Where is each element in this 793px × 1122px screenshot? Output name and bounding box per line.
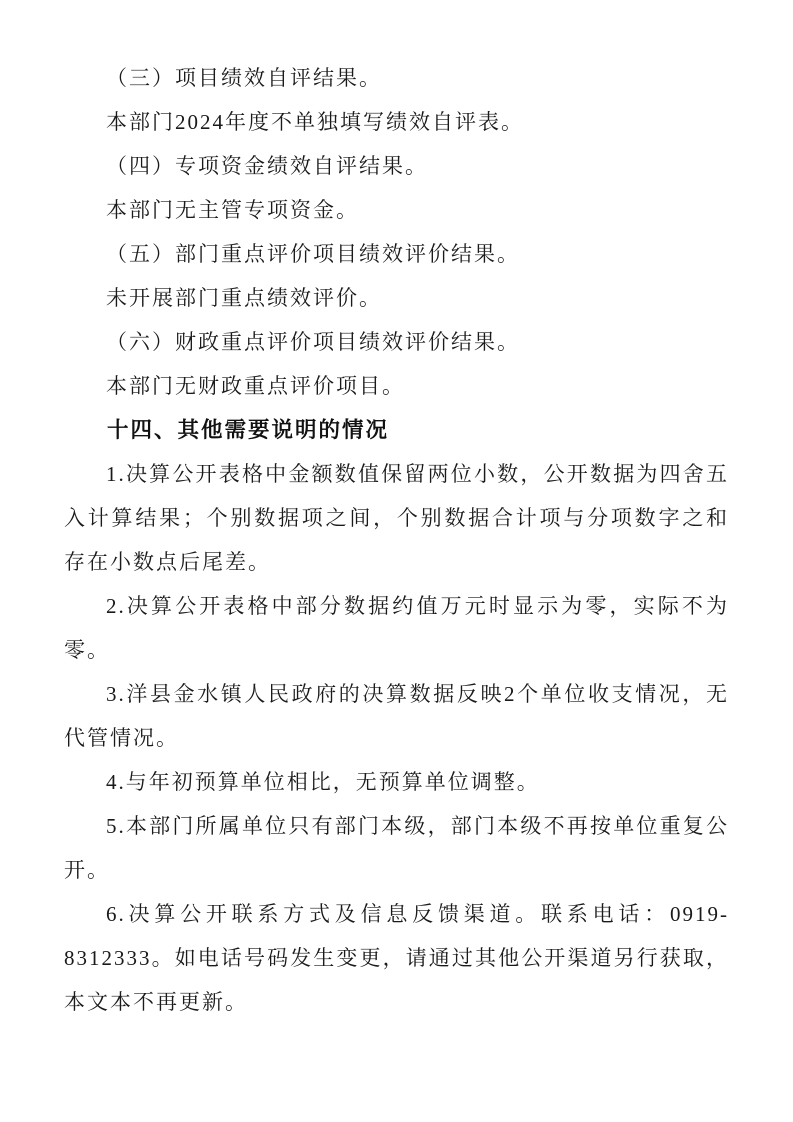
paragraph-note-3-unit-scope: 3.洋县金水镇人民政府的决算数据反映2个单位收支情况，无代管情况。 xyxy=(64,672,729,760)
paragraph-project-self-eval-title: （三）项目绩效自评结果。 xyxy=(64,56,729,100)
paragraph-note-2-zero-display: 2.决算公开表格中部分数据约值万元时显示为零，实际不为零。 xyxy=(64,584,729,672)
paragraph-finance-key-eval-body: 本部门无财政重点评价项目。 xyxy=(64,364,729,408)
paragraph-dept-key-eval-title: （五）部门重点评价项目绩效评价结果。 xyxy=(64,232,729,276)
paragraph-special-fund-title: （四）专项资金绩效自评结果。 xyxy=(64,144,729,188)
paragraph-note-4-budget-units: 4.与年初预算单位相比，无预算单位调整。 xyxy=(64,760,729,804)
document-page: （三）项目绩效自评结果。 本部门2024年度不单独填写绩效自评表。 （四）专项资… xyxy=(0,0,793,1122)
paragraph-finance-key-eval-title: （六）财政重点评价项目绩效评价结果。 xyxy=(64,320,729,364)
paragraph-special-fund-body: 本部门无主管专项资金。 xyxy=(64,188,729,232)
paragraph-note-5-no-duplicate: 5.本部门所属单位只有部门本级，部门本级不再按单位重复公开。 xyxy=(64,804,729,892)
paragraph-dept-key-eval-body: 未开展部门重点绩效评价。 xyxy=(64,276,729,320)
section-heading-other-notes: 十四、其他需要说明的情况 xyxy=(64,408,729,452)
paragraph-note-1-rounding: 1.决算公开表格中金额数值保留两位小数，公开数据为四舍五入计算结果；个别数据项之… xyxy=(64,452,729,584)
paragraph-project-self-eval-body: 本部门2024年度不单独填写绩效自评表。 xyxy=(64,100,729,144)
paragraph-note-6-contact: 6.决算公开联系方式及信息反馈渠道。联系电话：0919-8312333。如电话号… xyxy=(64,892,729,1024)
